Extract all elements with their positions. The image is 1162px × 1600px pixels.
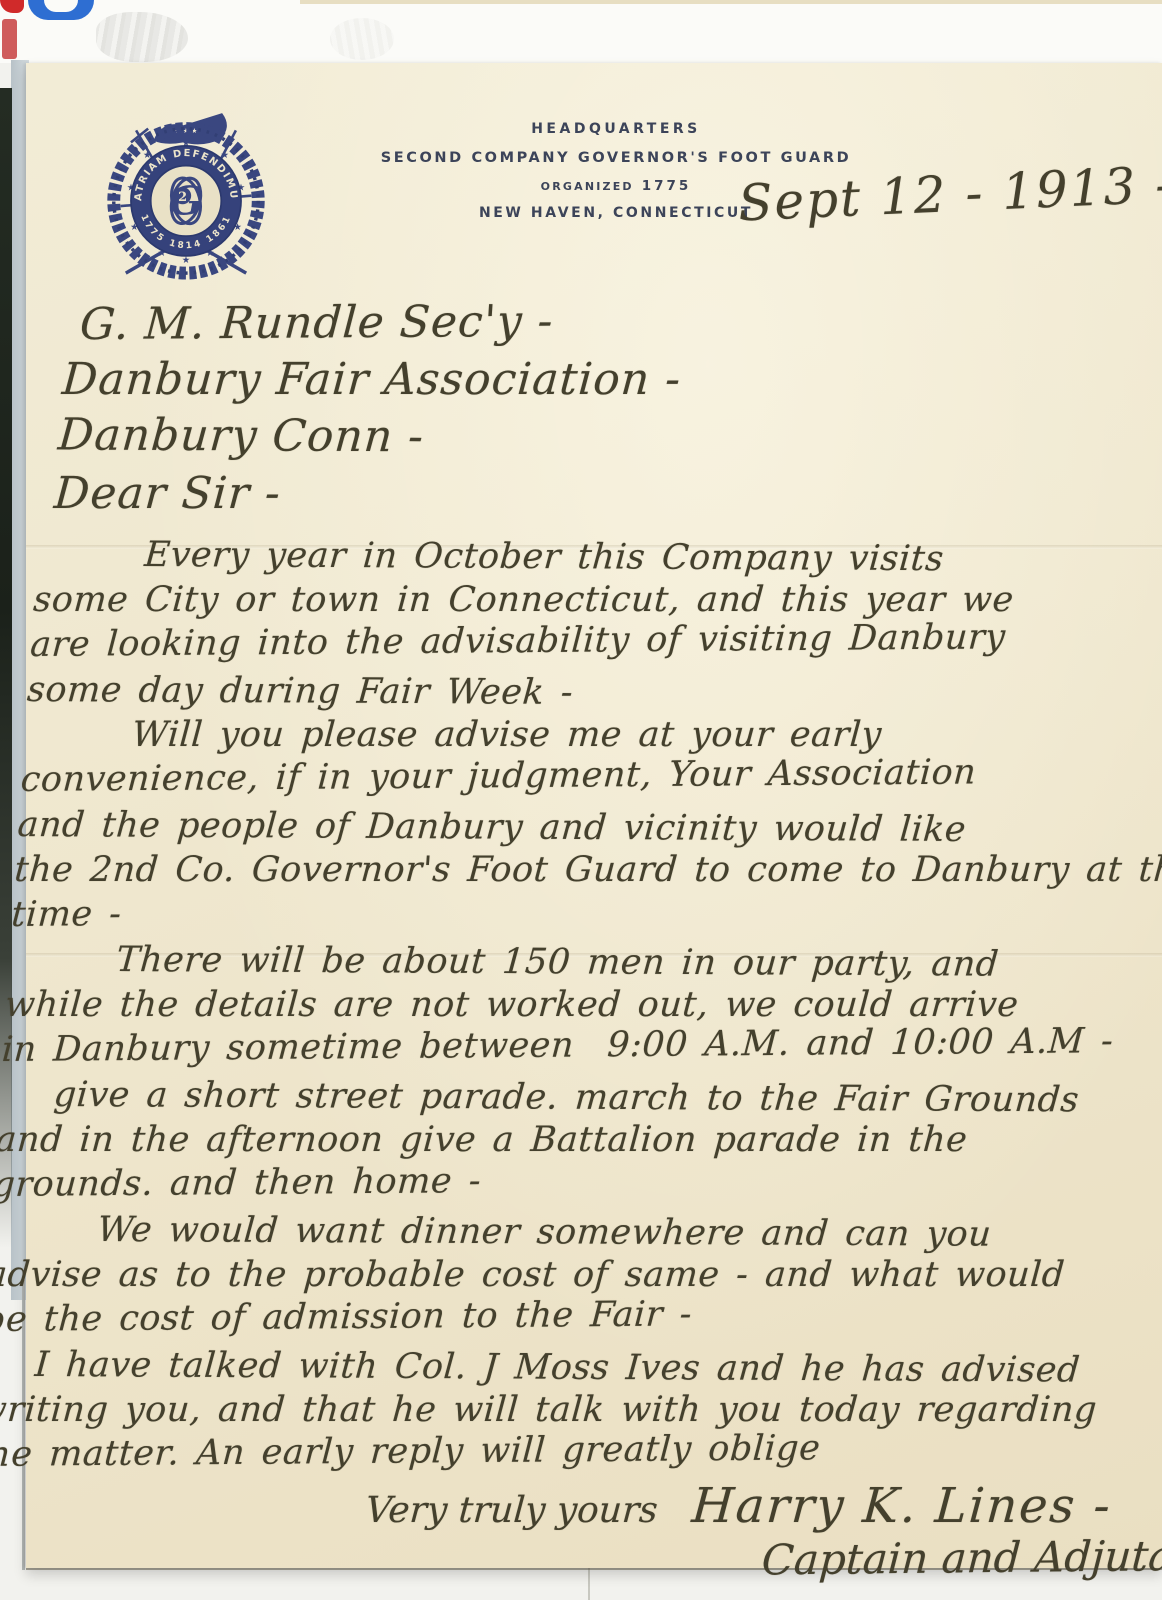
scuff-mark xyxy=(96,12,188,62)
closing-lead: Very truly yours xyxy=(364,1490,659,1531)
background-seam-line xyxy=(588,1568,590,1600)
signature-title: Captain and Adjutant. xyxy=(760,1531,1162,1585)
address-line: Danbury Fair Association - xyxy=(60,354,683,411)
handwritten-line: convenience, if in your judgment, Your A… xyxy=(19,750,1162,805)
scuff-mark xyxy=(330,18,394,60)
recipient-address-block: G. M. Rundle Sec'y -Danbury Fair Associa… xyxy=(52,297,687,525)
handwritten-line: and the people of Danbury and vicinity w… xyxy=(16,805,1162,857)
closing-line: Very truly yoursHarry K. Lines - xyxy=(364,1478,1114,1534)
letterhead-company-name: SECOND COMPANY GOVERNOR'S FOOT GUARD xyxy=(306,150,926,166)
cropped-blue-logo-glyph xyxy=(28,0,94,20)
svg-text:2: 2 xyxy=(178,190,187,205)
handwritten-line: There will be about 150 men in our party… xyxy=(114,940,1162,991)
letter-body: Every year in October this Company visit… xyxy=(0,535,1162,1480)
scanned-letter-photo: ★ ★ ★ ★ ★ ★ ★ ★ ★ ★ ★ ★ ★ xyxy=(0,0,1162,1600)
signature: Harry K. Lines - xyxy=(690,1478,1114,1534)
handwritten-line: I have talked with Col. J Moss Ives and … xyxy=(33,1345,1162,1397)
handwritten-line: grounds. and then home - xyxy=(0,1155,1162,1210)
organized-label: ORGANIZED xyxy=(541,180,634,193)
handwritten-line: time - xyxy=(10,885,1162,940)
address-line: G. M. Rundle Sec'y - xyxy=(78,295,687,356)
foot-guard-seal: ★ ★ ★ ★ ★ ★ ★ ★ ★ ★ ★ ★ ★ xyxy=(100,101,272,293)
address-line: Danbury Conn - xyxy=(56,409,679,469)
seal-monogram: G 2 xyxy=(166,175,205,227)
handwritten-line: in Danbury sometime between 9:00 A.M. an… xyxy=(0,1020,1162,1075)
handwritten-line: We would want dinner somewhere and can y… xyxy=(96,1210,1162,1261)
letter-paper: ★ ★ ★ ★ ★ ★ ★ ★ ★ ★ ★ ★ ★ xyxy=(26,63,1162,1568)
address-line: Dear Sir - xyxy=(52,468,675,525)
handwritten-line: some day during Fair Week - xyxy=(25,670,1162,722)
red-edge-mark xyxy=(2,19,17,59)
letterhead-headquarters: HEADQUARTERS xyxy=(306,121,926,137)
background-edge-sliver xyxy=(300,0,1162,4)
organized-year: 1775 xyxy=(642,178,692,194)
handwritten-line: give a short street parade. march to the… xyxy=(52,1075,1162,1127)
handwritten-line: the matter. An early reply will greatly … xyxy=(0,1425,1162,1480)
handwritten-line: Every year in October this Company visit… xyxy=(143,535,1162,586)
handwritten-line: be the cost of admission to the Fair - xyxy=(0,1290,1162,1345)
handwritten-line: are looking into the advisability of vis… xyxy=(29,615,1162,670)
